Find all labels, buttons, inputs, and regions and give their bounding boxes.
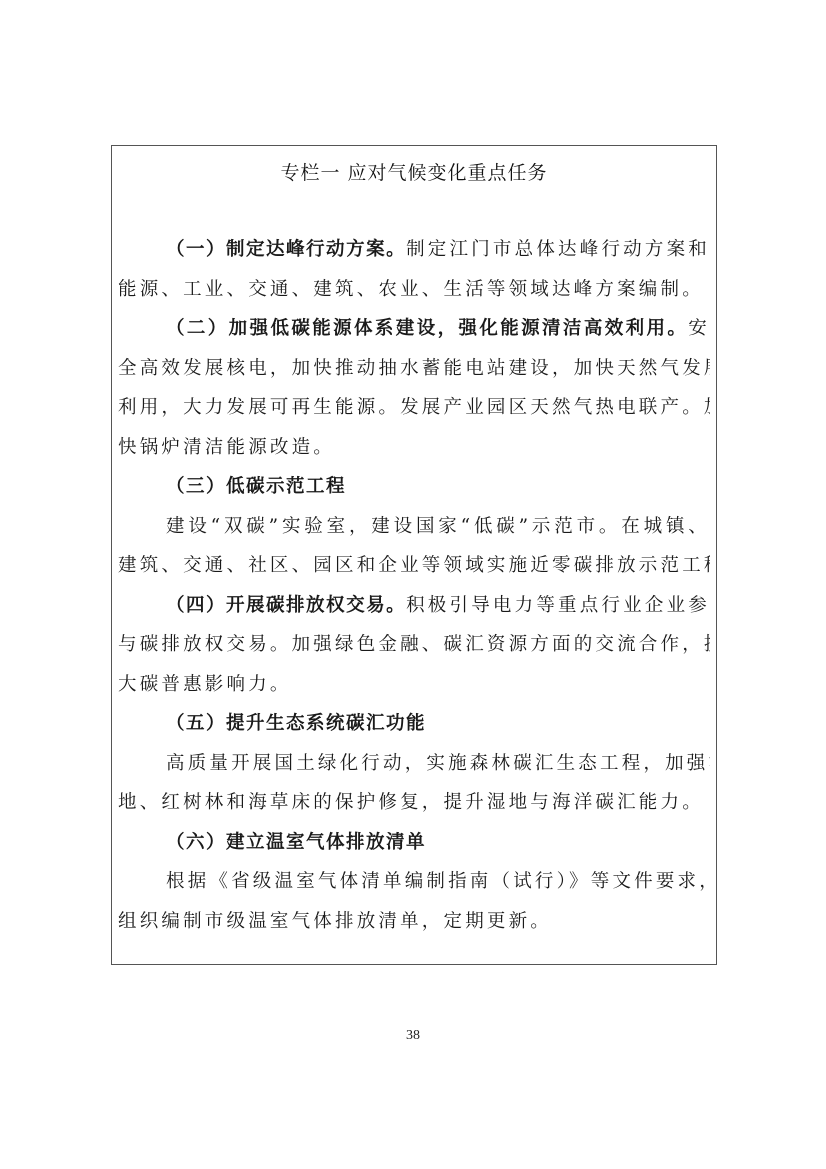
paragraph-line: 大碳普惠影响力。 [118, 665, 710, 705]
body-text: 与碳排放权交易。加强绿色金融、碳汇资源方面的交流合作，扩 [118, 634, 710, 655]
paragraph-line: （五）提升生态系统碳汇功能 [118, 704, 710, 744]
body-text: 高质量开展国土绿化行动，实施森林碳汇生态工程，加强湿 [166, 753, 710, 774]
paragraph-line: 全高效发展核电，加快推动抽水蓄能电站建设，加快天然气发展 [118, 349, 710, 389]
body-text: 大碳普惠影响力。 [118, 674, 292, 695]
paragraph-line: （二）加强低碳能源体系建设，强化能源清洁高效利用。安 [118, 309, 710, 349]
box-content: （一）制定达峰行动方案。制定江门市总体达峰行动方案和能源、工业、交通、建筑、农业… [118, 230, 710, 941]
paragraph-line: 能源、工业、交通、建筑、农业、生活等领域达峰方案编制。 [118, 270, 710, 310]
paragraph-line: 建设“双碳”实验室，建设国家“低碳”示范市。在城镇、 [118, 507, 710, 547]
body-text: 安 [688, 318, 710, 339]
page-number: 38 [0, 1028, 826, 1044]
body-text: 建筑、交通、社区、园区和企业等领域实施近零碳排放示范工程。 [118, 555, 710, 576]
body-text: 全高效发展核电，加快推动抽水蓄能电站建设，加快天然气发展 [118, 358, 710, 379]
body-text: 根据《省级温室气体清单编制指南（试行）》等文件要求， [166, 871, 710, 892]
paragraph-line: 快锅炉清洁能源改造。 [118, 428, 710, 468]
paragraph-line: 与碳排放权交易。加强绿色金融、碳汇资源方面的交流合作，扩 [118, 625, 710, 665]
paragraph-line: （四）开展碳排放权交易。积极引导电力等重点行业企业参 [118, 586, 710, 626]
body-text: 组织编制市级温室气体排放清单，定期更新。 [118, 911, 552, 932]
task-heading: （二）加强低碳能源体系建设，强化能源清洁高效利用。 [166, 318, 688, 339]
paragraph-line: 根据《省级温室气体清单编制指南（试行）》等文件要求， [118, 862, 710, 902]
body-text: 建设“双碳”实验室，建设国家“低碳”示范市。在城镇、 [166, 516, 710, 537]
task-heading: （五）提升生态系统碳汇功能 [166, 713, 426, 734]
body-text: 利用，大力发展可再生能源。发展产业园区天然气热电联产。加 [118, 397, 710, 418]
paragraph-line: （一）制定达峰行动方案。制定江门市总体达峰行动方案和 [118, 230, 710, 270]
paragraph-line: 地、红树林和海草床的保护修复，提升湿地与海洋碳汇能力。 [118, 783, 710, 823]
paragraph-line: 建筑、交通、社区、园区和企业等领域实施近零碳排放示范工程。 [118, 546, 710, 586]
task-heading: （六）建立温室气体排放清单 [166, 832, 426, 853]
feature-box: 专栏一 应对气候变化重点任务 （一）制定达峰行动方案。制定江门市总体达峰行动方案… [111, 145, 717, 965]
body-text: 快锅炉清洁能源改造。 [118, 437, 335, 458]
task-heading: （三）低碳示范工程 [166, 476, 346, 497]
body-text: 制定江门市总体达峰行动方案和 [406, 239, 710, 260]
task-heading: （一）制定达峰行动方案。 [166, 239, 406, 260]
paragraph-line: 高质量开展国土绿化行动，实施森林碳汇生态工程，加强湿 [118, 744, 710, 784]
paragraph-line: （六）建立温室气体排放清单 [118, 823, 710, 863]
paragraph-line: 利用，大力发展可再生能源。发展产业园区天然气热电联产。加 [118, 388, 710, 428]
body-text: 积极引导电力等重点行业企业参 [406, 595, 710, 616]
body-text: 能源、工业、交通、建筑、农业、生活等领域达峰方案编制。 [118, 279, 704, 300]
task-heading: （四）开展碳排放权交易。 [166, 595, 406, 616]
box-title: 专栏一 应对气候变化重点任务 [112, 158, 716, 185]
body-text: 地、红树林和海草床的保护修复，提升湿地与海洋碳汇能力。 [118, 792, 704, 813]
paragraph-line: 组织编制市级温室气体排放清单，定期更新。 [118, 902, 710, 942]
paragraph-line: （三）低碳示范工程 [118, 467, 710, 507]
